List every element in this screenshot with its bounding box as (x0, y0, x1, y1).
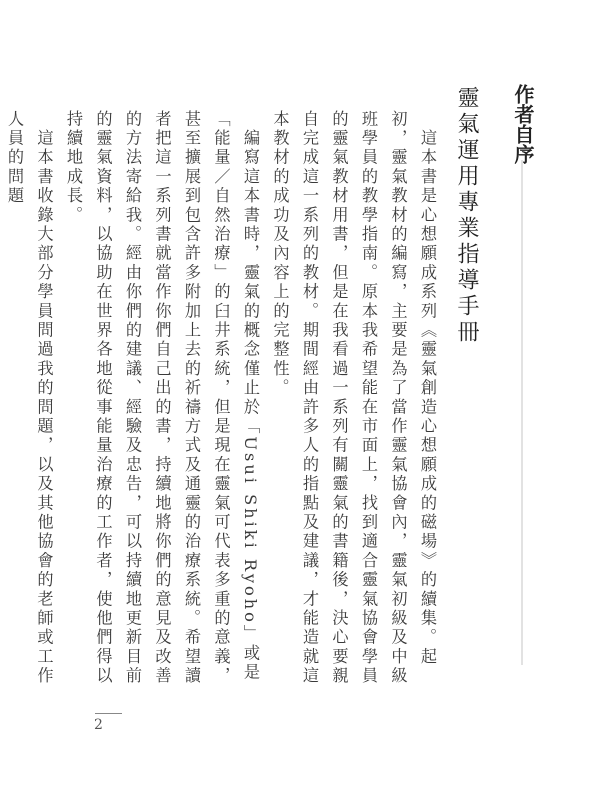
title-divider (521, 160, 523, 665)
paragraph-1: 這本書是心想願成系列《靈氣創造心想願成的磁場》的續集。起初，靈氣教材的編寫，主要… (265, 110, 442, 690)
page-number: 2 (94, 717, 103, 733)
paragraph-2: 編寫這本書時，靈氣的概念僅止於「Usui Shiki Ryoho」或是「能量／自… (59, 110, 266, 690)
body-text: 這本書是心想願成系列《靈氣創造心想願成的磁場》的續集。起初，靈氣教材的編寫，主要… (0, 110, 442, 690)
paragraph-3: 這本書收錄大部分學員問過我的問題，以及其他協會的老師或工作人員的問題 (0, 110, 59, 690)
page-number-rule (95, 713, 122, 714)
chapter-title: 作者自序 (511, 84, 535, 164)
book-subtitle: 靈氣運用專業指導手冊 (452, 86, 480, 346)
